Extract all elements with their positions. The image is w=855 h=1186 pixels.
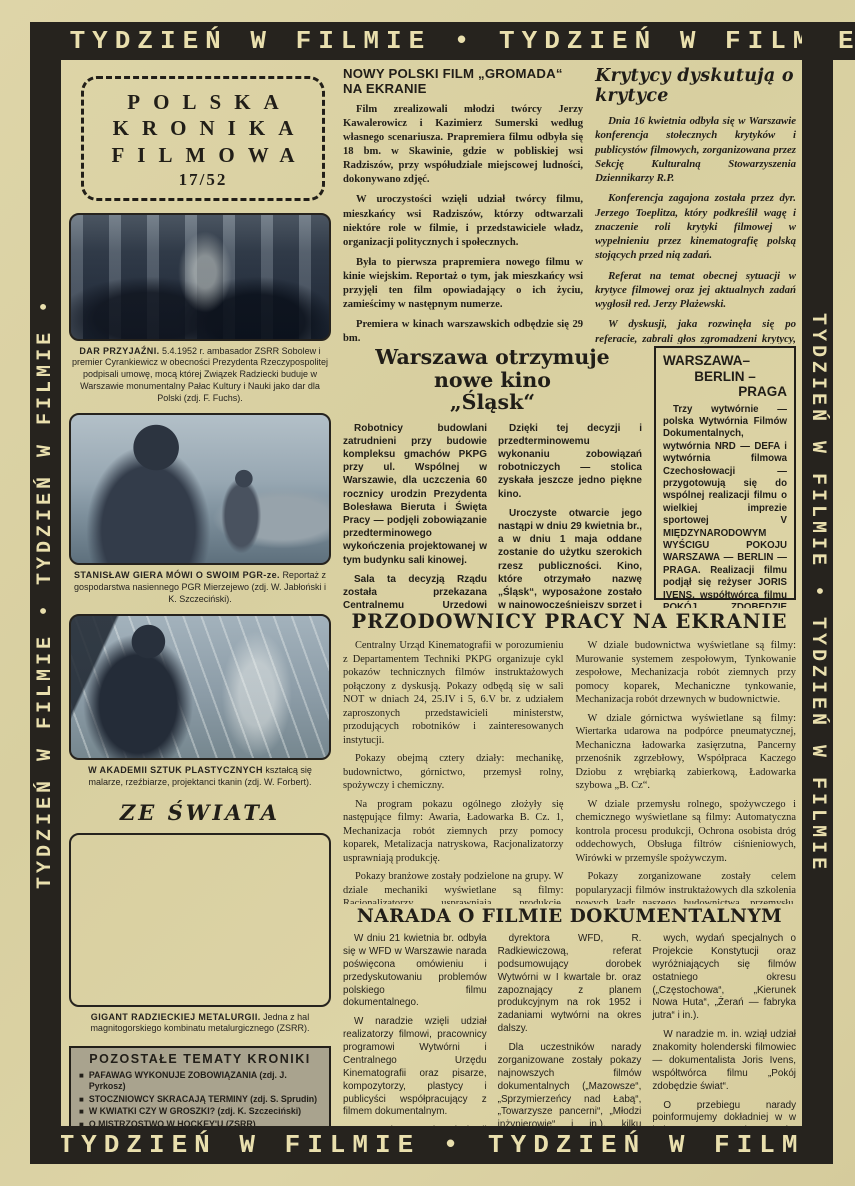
paragraph: Pokazy zorganizowane zostały celem popul… — [576, 870, 797, 904]
paragraph: Robotnicy budowlani zatrudnieni przy bud… — [343, 422, 487, 567]
narada-columns: W dniu 21 kwietnia br. odbyła się w WFD … — [343, 933, 796, 1126]
paragraph: Za podstawę do dyskusji posłużył wygłosz… — [343, 1125, 487, 1126]
tematy-item: ■ STOCZNIOWCY SKRACAJĄ TERMINY (zdj. S. … — [79, 1094, 321, 1105]
article-gromada-headline: NOWY POLSKI FILM „GROMADA“ NA EKRANIE — [343, 66, 583, 96]
paragraph: Film zrealizowali młodzi twórcy Jerzy Ka… — [343, 103, 583, 187]
wbp-body-text: Trzy wytwórnie — polska Wytwórnia Filmów… — [663, 404, 787, 608]
article-krytycy: Krytycy dyskutują o krytyce Dnia 16 kwie… — [595, 66, 796, 344]
photo-caption: W AKADEMII SZTUK PLASTYCZNYCH kształcą s… — [71, 765, 329, 788]
tematy-item-text: W KWIATKI CZY W GROSZKI? (zdj. K. Szczec… — [89, 1106, 301, 1117]
wbp-title-line: BERLIN – — [663, 369, 787, 385]
border-band-right: TYDZIEŃ W FILMIE • TYDZIEŃ W FILMIE — [802, 22, 833, 1164]
photo-art-academy — [69, 614, 331, 760]
articles-row-2: Warszawa otrzymuje nowe kino „Śląsk“ Rob… — [343, 346, 796, 608]
paragraph: W dziale górnictwa wyświetlane są filmy:… — [576, 712, 797, 793]
tematy-title: POZOSTAŁE TEMATY KRONIKI — [79, 1052, 321, 1066]
photo-metallurgy-plant — [69, 833, 331, 1007]
kronika-title-line: KRONIKA — [90, 115, 316, 141]
narada-column-3: wych, wydań specjalnych o Projekcie Kons… — [652, 933, 796, 1126]
photo-farmer-pgr — [69, 413, 331, 565]
paragraph: Na program pokazu ogólnego złożyły się n… — [343, 798, 564, 866]
border-band-top: • TYDZIEŃ W FILMIE • TYDZIEŃ W FILMIE — [30, 22, 855, 60]
kronika-issue-number: 17/52 — [90, 170, 316, 190]
przodownicy-headline: PRZODOWNICY PRACY NA EKRANIE — [343, 610, 796, 633]
photo-caption: DAR PRZYJAŹNI. 5.4.1952 r. ambasador ZSR… — [71, 346, 329, 404]
caption-lead: W AKADEMII SZTUK PLASTYCZNYCH — [88, 765, 263, 775]
wbp-title-line: WARSZAWA– — [663, 353, 787, 369]
article-slask-headline-line2: „Śląsk“ — [343, 391, 642, 414]
paragraph: Dzięki tej decyzji i przedterminowemu wy… — [498, 422, 642, 501]
slask-columns: Robotnicy budowlani zatrudnieni przy bud… — [343, 422, 642, 608]
paragraph: Uroczyste otwarcie jego nastąpi w dniu 2… — [498, 507, 642, 608]
paragraph: Premiera w kinach warszawskich odbędzie … — [343, 318, 583, 344]
paragraph: Dnia 16 kwietnia odbyła się w Warszawie … — [595, 114, 796, 185]
paragraph: W dyskusji, jaka rozwinęła się po refera… — [595, 317, 796, 344]
main-column: NOWY POLSKI FILM „GROMADA“ NA EKRANIE Fi… — [343, 66, 796, 1126]
photo-caption: STANISŁAW GIERA MÓWI O SWOIM PGR-ze. Rep… — [71, 570, 329, 605]
photo-caption: GIGANT RADZIECKIEJ METALURGII. Jedna z h… — [71, 1012, 329, 1035]
narada-column-1: W dniu 21 kwietnia br. odbyła się w WFD … — [343, 933, 487, 1126]
ze-swiata-heading: ZE ŚWIATA — [67, 800, 333, 825]
paragraph: W dziale budownictwa wyświetlane są film… — [576, 639, 797, 707]
square-bullet-icon: ■ — [79, 1119, 84, 1126]
narada-column-2: dyrektora WFD, R. Radkiewiczową, referat… — [498, 933, 642, 1126]
przodownicy-columns: Centralny Urząd Kinematografii w porozum… — [343, 639, 796, 904]
paragraph: W dniu 21 kwietnia br. odbyła się w WFD … — [343, 933, 487, 1010]
paragraph: Sala ta decyzją Rządu została przekazana… — [343, 573, 487, 608]
tematy-item-text: O MISTRZOSTWO W HOCKEY'U (ZSRR) — [89, 1119, 256, 1126]
photo-column: POLSKA KRONIKA FILMOWA 17/52 DAR PRZYJAŹ… — [67, 66, 333, 1126]
paragraph: Pokazy branżowe zostały podzielone na gr… — [343, 870, 564, 904]
articles-row-1: NOWY POLSKI FILM „GROMADA“ NA EKRANIE Fi… — [343, 66, 796, 344]
border-band-bottom: • TYDZIEŃ W FILMIE • TYDZIEŃ W FILMIE — [30, 1126, 833, 1164]
paragraph: Konferencja zagajona została przez dyr. … — [595, 191, 796, 262]
warszawa-berlin-praga-box: WARSZAWA– BERLIN – PRAGA Trzy wytwórnie … — [654, 346, 796, 600]
tematy-item: ■ PAFAWAG WYKONUJE ZOBOWIĄZANIA (zdj. J.… — [79, 1070, 321, 1093]
paragraph: Pokazy obejmą cztery działy: mechanikę, … — [343, 752, 564, 793]
caption-lead: STANISŁAW GIERA MÓWI O SWOIM PGR-ze. — [74, 570, 280, 580]
pozostale-tematy-box: POZOSTAŁE TEMATY KRONIKI ■ PAFAWAG WYKON… — [69, 1046, 331, 1126]
article-narada: NARADA O FILMIE DOKUMENTALNYM W dniu 21 … — [343, 906, 796, 1126]
paragraph: Referat na temat obecnej sytuacji w kryt… — [595, 269, 796, 312]
przodownicy-column-2: W dziale budownictwa wyświetlane są film… — [576, 639, 797, 904]
square-bullet-icon: ■ — [79, 1094, 84, 1105]
caption-lead: GIGANT RADZIECKIEJ METALURGII. — [91, 1012, 261, 1022]
tematy-item-text: PAFAWAG WYKONUJE ZOBOWIĄZANIA (zdj. J. P… — [89, 1070, 321, 1093]
paragraph: Była to pierwsza prapremiera nowego film… — [343, 256, 583, 312]
article-krytycy-headline: Krytycy dyskutują o krytyce — [595, 66, 796, 106]
paragraph: Centralny Urząd Kinematografii w porozum… — [343, 639, 564, 747]
caption-lead: DAR PRZYJAŹNI. — [79, 346, 159, 356]
page-content: POLSKA KRONIKA FILMOWA 17/52 DAR PRZYJAŹ… — [61, 60, 802, 1126]
paragraph: W naradzie wzięli udział realizatorzy fi… — [343, 1016, 487, 1119]
wbp-title-line: PRAGA — [663, 384, 787, 400]
paragraph: Dla uczestników narady zorganizowane zos… — [498, 1042, 642, 1126]
paragraph: W uroczystości wzięli udział twórcy film… — [343, 193, 583, 249]
article-gromada: NOWY POLSKI FILM „GROMADA“ NA EKRANIE Fi… — [343, 66, 583, 344]
square-bullet-icon: ■ — [79, 1070, 84, 1093]
paragraph: W dziale przemysłu rolnego, spożywczego … — [576, 798, 797, 866]
border-band-left: TYDZIEŃ W FILMIE • TYDZIEŃ W FILMIE • — [30, 22, 61, 1164]
article-slask: Warszawa otrzymuje nowe kino „Śląsk“ Rob… — [343, 346, 642, 608]
paragraph: dyrektora WFD, R. Radkiewiczową, referat… — [498, 933, 642, 1036]
slask-column-1: Robotnicy budowlani zatrudnieni przy bud… — [343, 422, 487, 608]
tematy-item: ■ O MISTRZOSTWO W HOCKEY'U (ZSRR) — [79, 1119, 321, 1126]
paragraph: wych, wydań specjalnych o Projekcie Kons… — [652, 933, 796, 1023]
slask-column-2: Dzięki tej decyzji i przedterminowemu wy… — [498, 422, 642, 608]
magazine-page: • TYDZIEŃ W FILMIE • TYDZIEŃ W FILMIE • … — [0, 0, 855, 1186]
tematy-item: ■ W KWIATKI CZY W GROSZKI? (zdj. K. Szcz… — [79, 1106, 321, 1117]
photo-signing-ceremony — [69, 213, 331, 341]
narada-headline: NARADA O FILMIE DOKUMENTALNYM — [343, 906, 796, 927]
paragraph: O przebiegu narady poinformujemy dokładn… — [652, 1100, 796, 1127]
kronika-title-line: FILMOWA — [90, 142, 316, 168]
article-slask-headline-line1: Warszawa otrzymuje nowe kino — [343, 346, 642, 391]
kronika-title-line: POLSKA — [90, 89, 316, 115]
przodownicy-column-1: Centralny Urząd Kinematografii w porozum… — [343, 639, 564, 904]
article-przodownicy: PRZODOWNICY PRACY NA EKRANIE Centralny U… — [343, 610, 796, 904]
paragraph: W naradzie m. in. wziął udział znakomity… — [652, 1029, 796, 1093]
polska-kronika-filmowa-box: POLSKA KRONIKA FILMOWA 17/52 — [81, 76, 325, 201]
square-bullet-icon: ■ — [79, 1106, 84, 1117]
tematy-item-text: STOCZNIOWCY SKRACAJĄ TERMINY (zdj. S. Sp… — [89, 1094, 317, 1105]
